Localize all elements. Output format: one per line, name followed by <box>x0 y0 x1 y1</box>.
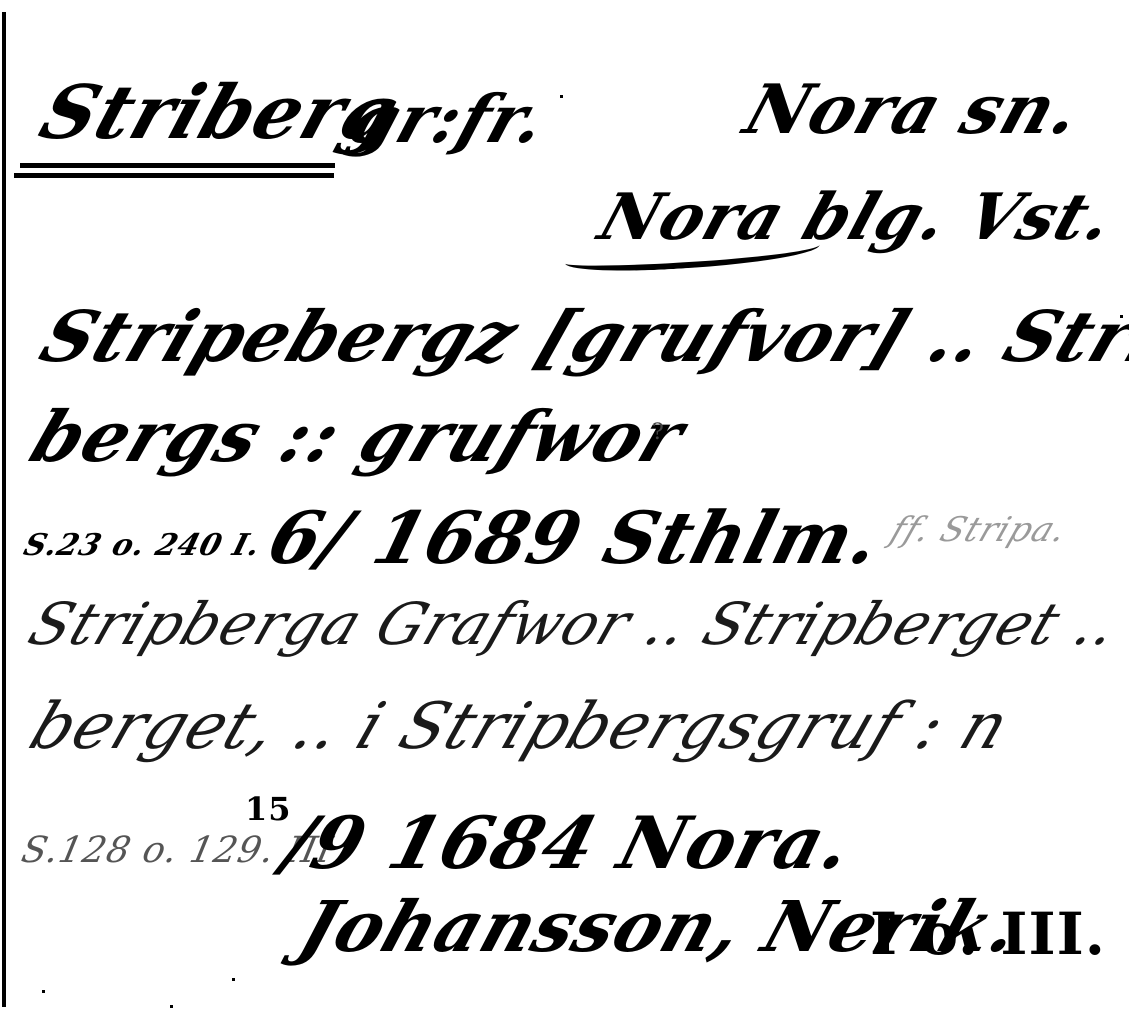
entry-2-form-line-1: Stripberga Grafwor .. Stripberget .. med… <box>20 590 1129 658</box>
parish-label: Nora sn. <box>735 70 1091 150</box>
entry-2-date: /9 1684 Nora. <box>275 800 861 885</box>
scan-speck <box>42 990 45 993</box>
entry-2-form-line-2: berget, .. i Stripbergsgruf : n <box>20 690 1019 764</box>
headword-double-underline <box>14 173 334 178</box>
headword-suffix: gr:fr. <box>340 80 557 158</box>
entry-1-query-mark: ? <box>652 420 665 445</box>
scan-speck <box>232 978 235 981</box>
entry-1-source-ref: S.23 o. 240 I. <box>20 528 265 563</box>
scan-speck <box>1120 315 1123 318</box>
index-card: Striberg gr:fr. Nora sn. Nora blg. Vst. … <box>0 0 1129 1010</box>
entry-1-form-line-2: bergs :: grufwor <box>20 395 696 478</box>
volume-reference: I o. III. <box>870 900 1106 968</box>
entry-1-date: 6/ 1689 Sthlm. <box>260 495 890 580</box>
scan-speck <box>560 95 563 98</box>
entry-2-date-day: 15 <box>245 790 292 828</box>
left-margin-rule <box>2 12 6 1007</box>
entry-1-faint-note: ff. Stripa. <box>885 510 1073 550</box>
headword-underline <box>20 163 335 168</box>
entry-1-form-line-1: Stripebergz [grufvor] .. Strijpe- <box>30 295 1129 378</box>
scan-speck <box>170 1005 173 1008</box>
